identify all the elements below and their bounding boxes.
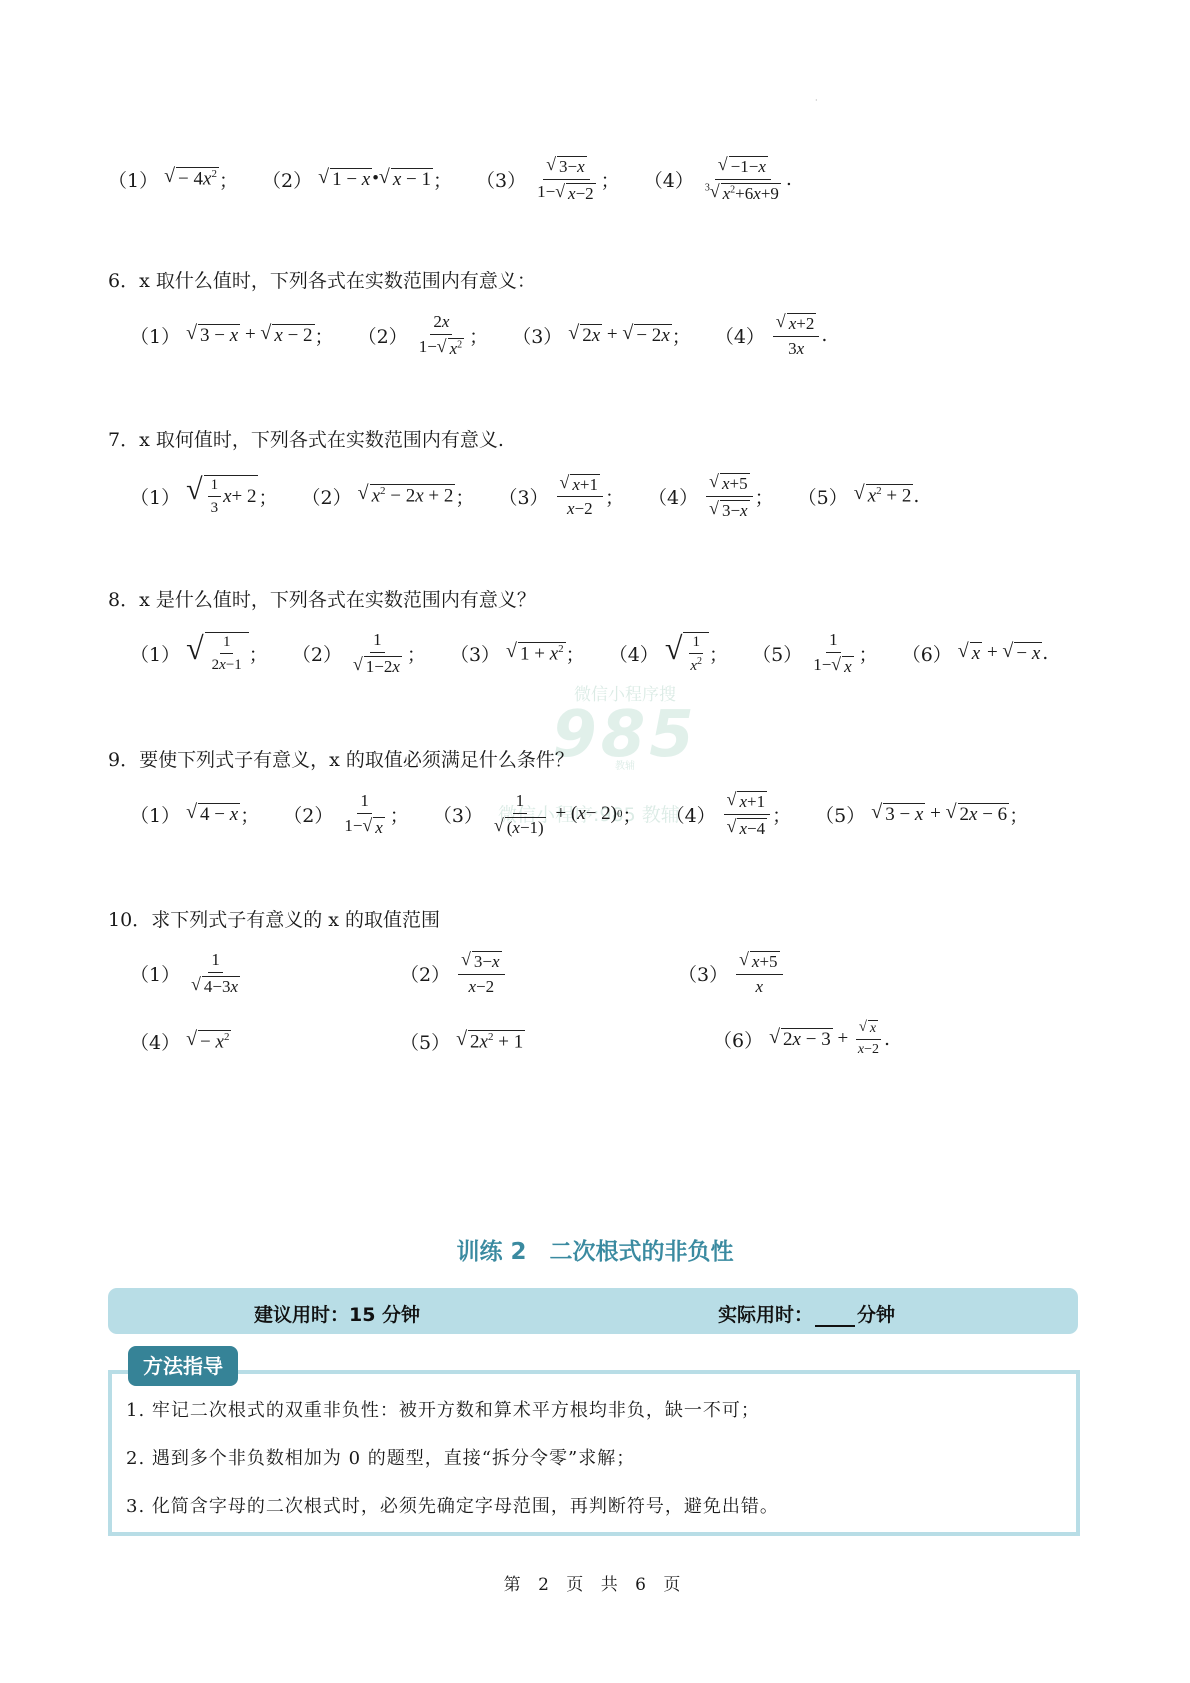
question-text: x 是什么值时，下列各式在实数范围内有意义？ xyxy=(139,589,536,611)
item-label: （4） xyxy=(609,640,659,667)
q6-item-1: （1） √3 − x + √x − 2； xyxy=(130,322,334,349)
guide-line-2: 2. 遇到多个非负数相加为 0 的题型，直接“拆分令零”求解； xyxy=(126,1444,635,1470)
q7-item-5: （5） √x2 + 2. xyxy=(798,483,920,510)
q10-item-5: （5） √2x2 + 1 xyxy=(400,1028,543,1055)
q8-item-4: （4） √1x2； xyxy=(609,632,728,675)
q6-item-2: （2） 2x1−√x2； xyxy=(358,312,489,359)
separator: ； xyxy=(709,640,728,667)
question-number: 9． xyxy=(108,749,139,771)
item-label: （4） xyxy=(644,166,694,193)
item-label: （3） xyxy=(512,322,562,349)
q8-item-2: （2） 1√1−2x； xyxy=(292,630,426,677)
item-label: （5） xyxy=(400,1028,450,1055)
q10-item-6: （6） √2x − 3 + √xx−2. xyxy=(713,1020,908,1059)
q10-item-3: （3） √x+5x xyxy=(678,950,803,997)
page-number: 第 2 页 共 6 页 xyxy=(0,1570,1190,1595)
item-label: （1） xyxy=(130,640,180,667)
q9-item-2: （2） 11−√x； xyxy=(283,791,409,838)
separator: ； xyxy=(455,483,474,510)
q5-item-2: （2） √1 − x•√x − 1； xyxy=(262,166,452,193)
separator: . xyxy=(821,324,827,346)
separator: ； xyxy=(772,801,791,828)
separator: . xyxy=(913,485,919,507)
item-label: （4） xyxy=(666,801,716,828)
q7-item-1: （1） √13x + 2； xyxy=(130,475,277,517)
separator: ； xyxy=(315,322,334,349)
q7-item-3: （3） √x+1x−2； xyxy=(498,473,624,520)
item-label: （4） xyxy=(130,1028,180,1055)
actual-time-unit: 分钟 xyxy=(857,1304,895,1326)
separator: ； xyxy=(672,322,691,349)
item-label: （3） xyxy=(476,166,526,193)
q8-heading: 8．x 是什么值时，下列各式在实数范围内有意义？ xyxy=(108,585,536,612)
q7-item-4: （4） √x+5√3−x； xyxy=(648,472,774,520)
q5-items: （1） √− 4x2； （2） √1 − x•√x − 1； （3） √3−x1… xyxy=(108,155,810,203)
separator: ； xyxy=(258,483,277,510)
q7-item-2: （2） √x2 − 2x + 2； xyxy=(302,483,475,510)
method-guide-box: 1. 牢记二次根式的双重非负性：被开方数和算术平方根均非负，缺一不可； 2. 遇… xyxy=(108,1370,1080,1536)
guide-line-3: 3. 化简含字母的二次根式时，必须先确定字母范围，再判断符号，避免出错。 xyxy=(126,1492,779,1518)
question-text: 要使下列式子有意义，x 的取值必须满足什么条件？ xyxy=(139,749,574,771)
separator: ； xyxy=(240,801,259,828)
item-label: （5） xyxy=(815,801,865,828)
item-label: （3） xyxy=(678,960,728,987)
q5-item-1: （1） √− 4x2； xyxy=(108,166,238,193)
q5-item-3: （3） √3−x1−√x−2； xyxy=(476,155,620,203)
separator: ； xyxy=(469,322,488,349)
separator: ； xyxy=(249,640,268,667)
separator: ； xyxy=(390,801,409,828)
q8-items: （1） √12x−1； （2） 1√1−2x； （3） √1 + x2； （4）… xyxy=(130,630,1066,677)
separator: ； xyxy=(1009,801,1028,828)
q9-items: （1） √4 − x； （2） 11−√x； （3） 1√(x−1) + (x … xyxy=(130,790,1046,838)
q8-item-3: （3） √1 + x2； xyxy=(450,640,585,667)
item-label: （3） xyxy=(450,640,500,667)
separator: ； xyxy=(605,483,624,510)
item-label: （1） xyxy=(130,960,180,987)
item-label: （5） xyxy=(798,483,848,510)
separator: ； xyxy=(407,640,426,667)
page-mark: · xyxy=(815,96,818,105)
q6-items: （1） √3 − x + √x − 2； （2） 2x1−√x2； （3） √2… xyxy=(130,312,845,359)
q10-item-1: （1） 1√4−3x xyxy=(130,950,263,997)
q5-item-4: （4） √−1−x3√x2+6x+9. xyxy=(644,155,792,203)
question-text: 求下列式子有意义的 x 的取值范围 xyxy=(151,909,440,931)
item-label: （3） xyxy=(498,483,548,510)
item-label: （6） xyxy=(713,1026,763,1053)
separator: ； xyxy=(623,801,642,828)
item-label: （1） xyxy=(130,322,180,349)
watermark-line1: 微信小程序搜 xyxy=(525,680,725,705)
q10-item-4: （4） √− x2 xyxy=(130,1028,249,1055)
item-label: （2） xyxy=(283,801,333,828)
method-guide-badge: 方法指导 xyxy=(128,1346,238,1386)
question-text: x 取何值时，下列各式在实数范围内有意义. xyxy=(139,429,504,451)
item-label: （1） xyxy=(130,483,180,510)
item-label: （4） xyxy=(715,322,765,349)
separator: . xyxy=(884,1028,890,1050)
item-label: （1） xyxy=(130,801,180,828)
section-title: 训练 2 二次根式的非负性 xyxy=(0,1233,1190,1266)
q6-heading: 6．x 取什么值时，下列各式在实数范围内有意义： xyxy=(108,266,536,293)
separator: ； xyxy=(859,640,878,667)
q9-item-4: （4） √x+1√x−4； xyxy=(666,790,792,838)
question-number: 10． xyxy=(108,909,151,931)
q7-heading: 7．x 取何值时，下列各式在实数范围内有意义. xyxy=(108,425,504,452)
q6-item-3: （3） √2x + √− 2x； xyxy=(512,322,691,349)
q10-item-2: （2） √3−xx−2 xyxy=(400,950,525,997)
question-number: 6． xyxy=(108,270,139,292)
separator: ； xyxy=(433,166,452,193)
item-label: （3） xyxy=(433,801,483,828)
item-label: （2） xyxy=(302,483,352,510)
q9-item-3: （3） 1√(x−1) + (x − 2)0； xyxy=(433,791,642,838)
item-label: （4） xyxy=(648,483,698,510)
q10-heading: 10．求下列式子有意义的 x 的取值范围 xyxy=(108,905,440,932)
separator: . xyxy=(786,168,792,190)
item-label: （2） xyxy=(292,640,342,667)
question-number: 8． xyxy=(108,589,139,611)
item-label: （6） xyxy=(902,640,952,667)
separator: ； xyxy=(566,640,585,667)
q9-item-1: （1） √4 − x； xyxy=(130,801,259,828)
q9-heading: 9．要使下列式子有意义，x 的取值必须满足什么条件？ xyxy=(108,745,574,772)
q8-item-5: （5） 11−√x； xyxy=(752,630,878,677)
question-number: 7． xyxy=(108,429,139,451)
actual-time: 实际用时：分钟 xyxy=(718,1300,895,1327)
question-text: x 取什么值时，下列各式在实数范围内有意义： xyxy=(139,270,536,292)
actual-time-label: 实际用时： xyxy=(718,1304,813,1326)
q6-item-4: （4） √x+23x. xyxy=(715,312,828,359)
guide-line-1: 1. 牢记二次根式的双重非负性：被开方数和算术平方根均非负，缺一不可； xyxy=(126,1396,760,1422)
actual-time-blank[interactable] xyxy=(815,1309,855,1327)
item-label: （1） xyxy=(108,166,158,193)
separator: . xyxy=(1042,642,1048,664)
separator: ； xyxy=(601,166,620,193)
q8-item-6: （6） √x + √− x. xyxy=(902,640,1049,667)
item-label: （2） xyxy=(400,960,450,987)
q8-item-1: （1） √12x−1； xyxy=(130,632,268,674)
q7-items: （1） √13x + 2； （2） √x2 − 2x + 2； （3） √x+1… xyxy=(130,472,937,520)
separator: ； xyxy=(219,166,238,193)
item-label: （5） xyxy=(752,640,802,667)
item-label: （2） xyxy=(358,322,408,349)
item-label: （2） xyxy=(262,166,312,193)
time-bar: 建议用时：15 分钟 实际用时：分钟 xyxy=(108,1288,1078,1334)
separator: ； xyxy=(755,483,774,510)
suggested-time: 建议用时：15 分钟 xyxy=(254,1300,420,1327)
q9-item-5: （5） √3 − x + √2x − 6； xyxy=(815,801,1028,828)
